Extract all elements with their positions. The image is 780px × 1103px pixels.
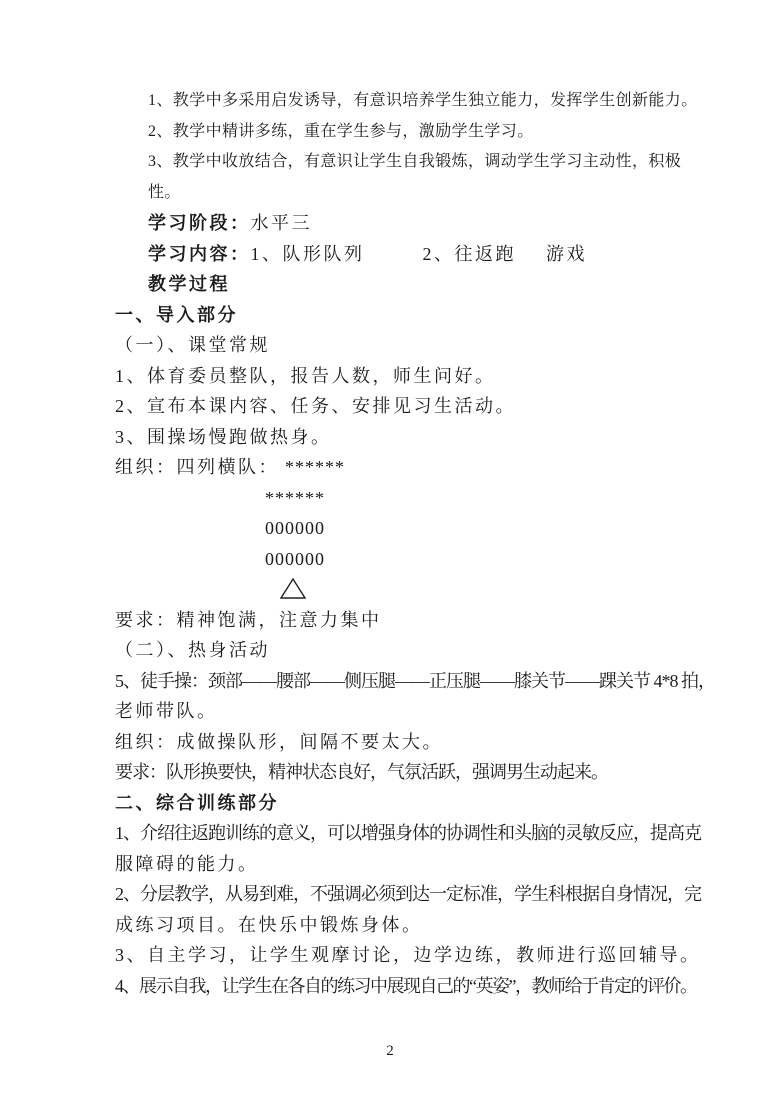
- warmup-line-2: 老师带队。: [115, 696, 681, 727]
- document-page: 1、教学中多采用启发诱导，有意识培养学生独立能力，发挥学生创新能力。 2、教学中…: [0, 0, 780, 1103]
- study-stage-line: 学习阶段：水平三: [115, 208, 681, 239]
- part2-item-4: 4、展示自我，让学生在各自的练习中展现自己的“英姿”，教师给于肯定的评价。: [115, 971, 681, 1002]
- study-stage-value: 水平三: [251, 213, 313, 233]
- formation-label: 组织：四列横队：: [115, 457, 279, 477]
- intro-item-1: 1、教学中多采用启发诱导，有意识培养学生独立能力，发挥学生创新能力。: [115, 86, 681, 117]
- part1-requirement-1: 要求：精神饱满，注意力集中: [115, 605, 681, 636]
- part2-item-1-line-1: 1、介绍往返跑训练的意义，可以增强身体的协调性和头脑的灵敏反应，提高克: [115, 818, 681, 849]
- part1-sub1-heading: （一）、课堂常规: [115, 330, 681, 361]
- intro-item-2: 2、教学中精讲多练，重在学生参与，激励学生学习。: [115, 117, 681, 148]
- part1-organize: 组织：成做操队形，间隔不要太大。: [115, 727, 681, 758]
- formation-row-1: ******: [285, 457, 345, 477]
- intro-item-3-line-2: 性。: [115, 178, 681, 209]
- warmup-line-1: 5、徒手操：颈部——腰部——侧压腿——正压腿——膝关节——踝关节 4*8 拍，: [115, 666, 681, 697]
- study-stage-label: 学习阶段：: [148, 213, 251, 233]
- part2-item-2-line-2: 成练习项目。在快乐中锻炼身体。: [115, 910, 681, 941]
- part1-item-2: 2、宣布本课内容、任务、安排见习生活动。: [115, 391, 681, 422]
- formation-label-line: 组织：四列横队：******: [115, 452, 681, 483]
- study-content-label: 学习内容：: [148, 244, 251, 264]
- study-content-item-3: 游戏: [546, 244, 587, 264]
- formation-row-4: 000000: [115, 544, 681, 575]
- study-content-item-1: 1、队形队列: [251, 244, 365, 264]
- part1-requirement-2: 要求：队形换要快，精神状态良好，气氛活跃，强调男生动起来。: [115, 757, 681, 788]
- formation-row-3: 000000: [115, 513, 681, 544]
- part2-heading: 二、综合训练部分: [115, 788, 681, 819]
- process-heading: 教学过程: [115, 269, 681, 300]
- part2-item-3: 3、自主学习，让学生观摩讨论，边学边练，教师进行巡回辅导。: [115, 940, 681, 971]
- intro-item-3-line-1: 3、教学中收放结合，有意识让学生自我锻炼，调动学生学习主动性，积极: [115, 147, 681, 178]
- document-body: 1、教学中多采用启发诱导，有意识培养学生独立能力，发挥学生创新能力。 2、教学中…: [115, 86, 681, 1001]
- part1-item-3: 3、围操场慢跑做热身。: [115, 422, 681, 453]
- part1-item-1: 1、体育委员整队，报告人数，师生问好。: [115, 361, 681, 392]
- study-content-item-2: 2、往返跑: [423, 244, 517, 264]
- study-content-line: 学习内容：1、队形队列2、往返跑游戏: [115, 239, 681, 270]
- part2-item-2-line-1: 2、分层教学，从易到难，不强调必须到达一定标准，学生科根据自身情况，完: [115, 879, 681, 910]
- teacher-triangle-icon: [280, 579, 306, 599]
- page-number: 2: [0, 1036, 780, 1066]
- formation-row-2: ******: [115, 483, 681, 514]
- part2-item-1-line-2: 服障碍的能力。: [115, 849, 681, 880]
- teacher-position-line: [115, 574, 681, 605]
- part1-heading: 一、导入部分: [115, 300, 681, 331]
- part1-sub2-heading: （二）、热身活动: [115, 635, 681, 666]
